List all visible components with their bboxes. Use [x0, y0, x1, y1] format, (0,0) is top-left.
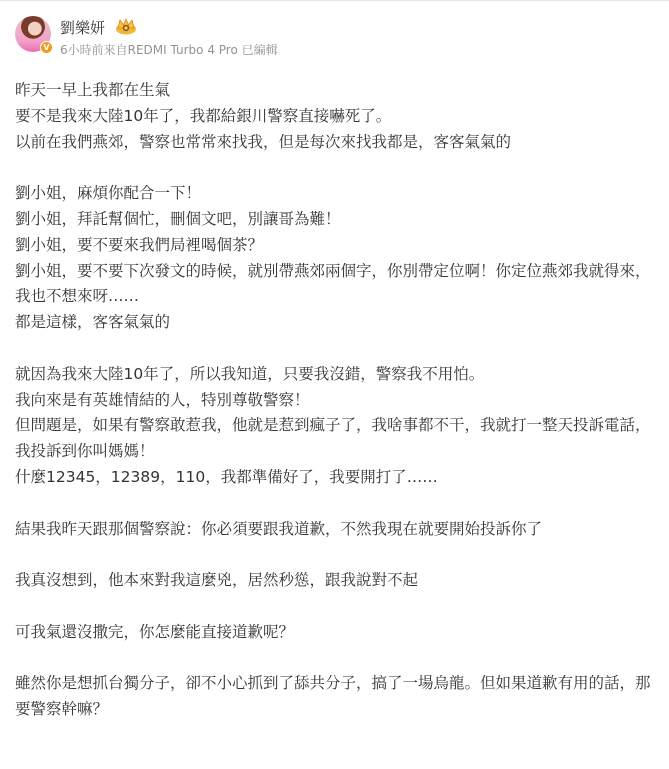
- post-line: 但問題是，如果有警察敢惹我，他就是惹到瘋子了，我啥事都不干，我就打一整天投訴電話…: [15, 413, 660, 465]
- post-line: 劉小姐，拜託幫個忙，刪個文吧，別讓哥為難！: [15, 207, 660, 233]
- post-line: 劉小姐，要不要下次發文的時候，就別帶燕郊兩個字，你別帶定位啊！你定位燕郊我就得來…: [15, 259, 660, 311]
- post-line: 劉小姐，麻煩你配合一下！: [15, 181, 660, 207]
- post-line: 昨天一早上我都在生氣: [15, 78, 660, 104]
- post-line: 雖然你是想抓台獨分子，卻不小心抓到了舔共分子，搞了一場烏龍。但如果道歉有用的話，…: [15, 671, 660, 723]
- top-divider: [0, 0, 669, 1]
- post-header: V 劉樂妍 6小時前來自REDMI Turbo 4 Pro 已編輯: [15, 16, 655, 56]
- post-meta: 6小時前來自REDMI Turbo 4 Pro 已編輯: [60, 41, 278, 58]
- post-line: 都是這樣，客客氣氣的: [15, 310, 660, 336]
- verified-v-icon: V: [40, 41, 53, 54]
- post-line: 以前在我們燕郊，警察也常常來找我，但是每次來找我都是，客客氣氣的: [15, 130, 660, 156]
- post-line: 就因為我來大陸10年了，所以我知道，只要我沒錯，警察我不用怕。: [15, 362, 660, 388]
- post-line: 結果我昨天跟那個警察說：你必須要跟我道歉，不然我現在就要開始投訴你了: [15, 517, 660, 543]
- post-line: 劉小姐，要不要來我們局裡喝個茶？: [15, 233, 660, 259]
- crown-icon: [115, 17, 137, 35]
- post-line: 要不是我來大陸10年了，我都給銀川警察直接嚇死了。: [15, 104, 660, 130]
- post-body: 昨天一早上我都在生氣 要不是我來大陸10年了，我都給銀川警察直接嚇死了。 以前在…: [15, 78, 660, 723]
- post-line: 我真沒想到，他本來對我這麼兇，居然秒慫，跟我說對不起: [15, 568, 660, 594]
- post-line: 我向來是有英雄情結的人，特別尊敬警察！: [15, 388, 660, 414]
- author-name[interactable]: 劉樂妍: [60, 17, 105, 38]
- post-line: 什麼12345，12389，110，我都準備好了，我要開打了……: [15, 465, 660, 491]
- post-line: 可我氣還沒撒完，你怎麼能直接道歉呢？: [15, 620, 660, 646]
